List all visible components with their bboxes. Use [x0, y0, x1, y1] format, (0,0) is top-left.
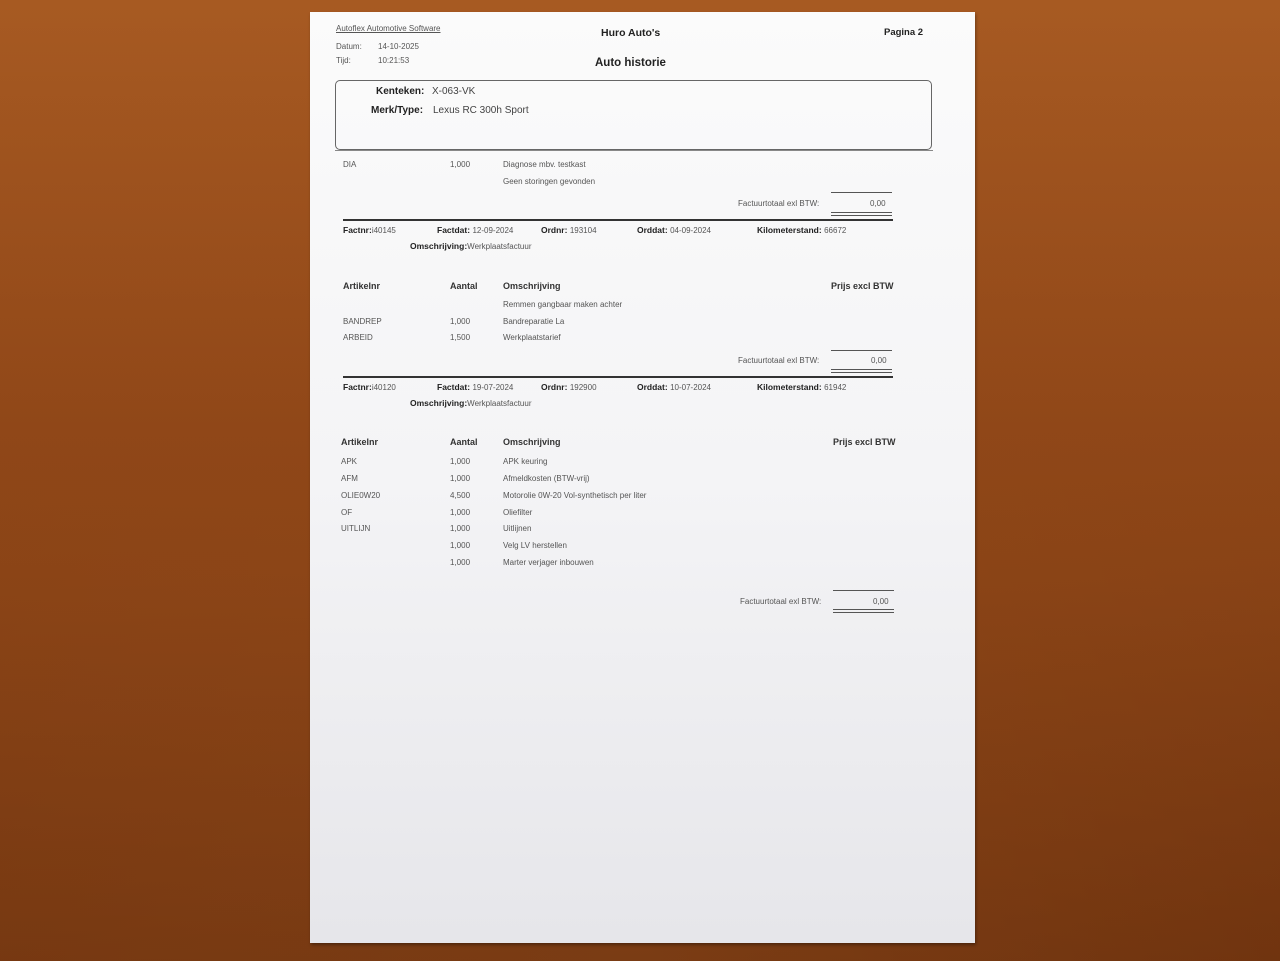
- description-label: Omschrijving:Werkplaatsfactuur: [410, 398, 531, 408]
- line-aantal: 1,000: [450, 160, 470, 169]
- make-type: Lexus RC 300h Sport: [433, 105, 529, 116]
- line-artikelnr: OF: [341, 508, 352, 517]
- mileage: 66672: [824, 226, 846, 235]
- invoice-total: 0,00: [873, 597, 889, 606]
- line-omschrijving: Diagnose mbv. testkast: [503, 160, 586, 169]
- line-aantal: 1,000: [450, 558, 470, 567]
- vehicle-info-box: Kenteken: X-063-VK Merk/Type: Lexus RC 3…: [335, 80, 932, 150]
- line-omschrijving: Afmeldkosten (BTW-vrij): [503, 474, 590, 483]
- line-aantal: 1,000: [450, 474, 470, 483]
- ordnr-label: Ordnr: 193104: [541, 225, 597, 235]
- print-date: 14-10-2025: [378, 42, 419, 51]
- document-title: Auto historie: [595, 57, 666, 69]
- page-number: Pagina 2: [884, 27, 923, 38]
- col-prijs: Prijs excl BTW: [833, 437, 896, 447]
- invoice-total-label: Factuurtotaal exl BTW:: [738, 356, 819, 365]
- line-omschrijving: Uitlijnen: [503, 524, 531, 533]
- line-artikelnr: APK: [341, 457, 357, 466]
- order-number: 193104: [570, 226, 597, 235]
- km-label: Kilometerstand: 61942: [757, 382, 846, 392]
- order-date: 10-07-2024: [670, 383, 711, 392]
- factdat-label: Factdat: 19-07-2024: [437, 382, 513, 392]
- description-label: Omschrijving:Werkplaatsfactuur: [410, 241, 531, 251]
- license-plate: X-063-VK: [432, 86, 475, 97]
- invoice-date: 19-07-2024: [472, 383, 513, 392]
- invoice-number: i40145: [372, 226, 396, 235]
- print-time: 10:21:53: [378, 56, 409, 65]
- time-label: Tijd:: [336, 56, 351, 65]
- col-aantal: Aantal: [450, 281, 478, 291]
- line-aantal: 1,500: [450, 333, 470, 342]
- col-artikelnr: Artikelnr: [341, 437, 378, 447]
- invoice-description: Werkplaatsfactuur: [467, 242, 531, 251]
- invoice-description: Werkplaatsfactuur: [467, 399, 531, 408]
- orddat-label: Orddat: 04-09-2024: [637, 225, 711, 235]
- line-artikelnr: AFM: [341, 474, 358, 483]
- factdat-label: Factdat: 12-09-2024: [437, 225, 513, 235]
- line-aantal: 1,000: [450, 317, 470, 326]
- line-omschrijving: Marter verjager inbouwen: [503, 558, 594, 567]
- invoice-total-label: Factuurtotaal exl BTW:: [740, 597, 821, 606]
- col-omschrijving: Omschrijving: [503, 437, 561, 447]
- line-artikelnr: UITLIJN: [341, 524, 370, 533]
- line-omschrijving: Geen storingen gevonden: [503, 177, 595, 186]
- line-artikelnr: BANDREP: [343, 317, 382, 326]
- date-label: Datum:: [336, 42, 362, 51]
- col-omschrijving: Omschrijving: [503, 281, 561, 291]
- line-aantal: 1,000: [450, 541, 470, 550]
- software-name: Autoflex Automotive Software: [336, 24, 441, 33]
- invoice-number: i40120: [372, 383, 396, 392]
- line-artikelnr: OLIE0W20: [341, 491, 380, 500]
- line-omschrijving: Werkplaatstarief: [503, 333, 561, 342]
- invoice-date: 12-09-2024: [472, 226, 513, 235]
- printed-document-page: Autoflex Automotive Software Datum: 14-1…: [310, 12, 975, 943]
- plate-label: Kenteken:: [376, 86, 424, 97]
- line-aantal: 4,500: [450, 491, 470, 500]
- ordnr-label: Ordnr: 192900: [541, 382, 597, 392]
- invoice-total: 0,00: [870, 199, 886, 208]
- line-aantal: 1,000: [450, 457, 470, 466]
- line-omschrijving: Velg LV herstellen: [503, 541, 567, 550]
- line-omschrijving: APK keuring: [503, 457, 547, 466]
- col-aantal: Aantal: [450, 437, 478, 447]
- factnr-label: Factnr:i40145: [343, 225, 396, 235]
- km-label: Kilometerstand: 66672: [757, 225, 846, 235]
- line-omschrijving: Motorolie 0W-20 Vol-synthetisch per lite…: [503, 491, 646, 500]
- company-name: Huro Auto's: [601, 27, 660, 39]
- line-artikelnr: ARBEID: [343, 333, 373, 342]
- line-artikelnr: DIA: [343, 160, 356, 169]
- col-artikelnr: Artikelnr: [343, 281, 380, 291]
- line-omschrijving: Remmen gangbaar maken achter: [503, 300, 622, 309]
- order-number: 192900: [570, 383, 597, 392]
- order-date: 04-09-2024: [670, 226, 711, 235]
- make-type-label: Merk/Type:: [371, 105, 423, 116]
- mileage: 61942: [824, 383, 846, 392]
- line-omschrijving: Oliefilter: [503, 508, 532, 517]
- orddat-label: Orddat: 10-07-2024: [637, 382, 711, 392]
- line-aantal: 1,000: [450, 508, 470, 517]
- invoice-total: 0,00: [871, 356, 887, 365]
- factnr-label: Factnr:i40120: [343, 382, 396, 392]
- line-aantal: 1,000: [450, 524, 470, 533]
- line-omschrijving: Bandreparatie La: [503, 317, 564, 326]
- col-prijs: Prijs excl BTW: [831, 281, 894, 291]
- invoice-total-label: Factuurtotaal exl BTW:: [738, 199, 819, 208]
